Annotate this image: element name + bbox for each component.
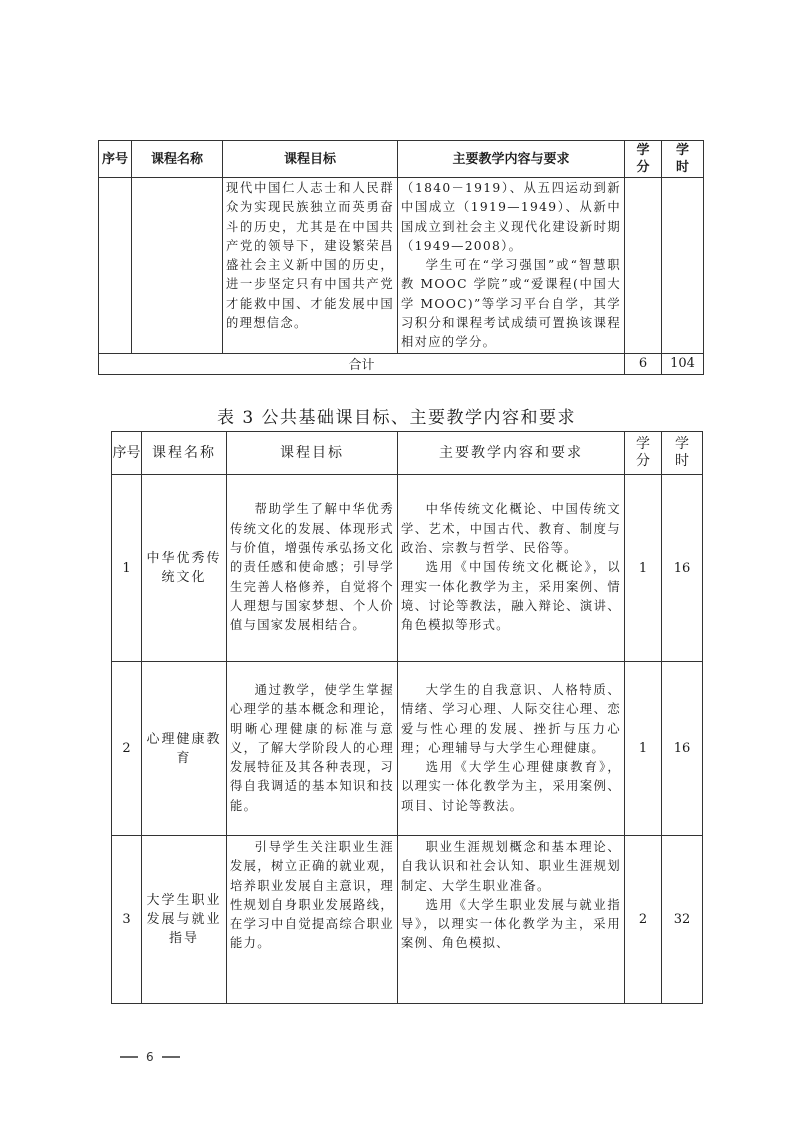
cell-name <box>132 178 223 354</box>
cell-credits: 1 <box>625 662 662 836</box>
table-row: 现代中国仁人志士和人民群众为实现民族独立而英勇奋斗的历史，尤其是在中国共产党的领… <box>99 178 704 354</box>
cell-credits <box>625 178 662 354</box>
header-course-goal: 课程目标 <box>227 432 398 475</box>
header-content: 主要教学内容和要求 <box>398 432 625 475</box>
header-hours: 学时 <box>662 141 704 178</box>
cell-hours: 16 <box>662 662 703 836</box>
header-credits: 学分 <box>625 432 662 475</box>
cell-credits: 1 <box>625 475 662 662</box>
total-hours: 104 <box>662 353 704 374</box>
page-number: 6 <box>146 1050 154 1064</box>
total-label: 合计 <box>99 353 625 374</box>
total-credits: 6 <box>625 353 662 374</box>
cell-goal: 引导学生关注职业生涯发展，树立正确的就业观，培养职业发展自主意识，理性规划自身职… <box>227 836 398 1004</box>
footer-dash-right <box>162 1056 180 1058</box>
header-content: 主要教学内容与要求 <box>398 141 625 178</box>
table-header-row: 序号 课程名称 课程目标 主要教学内容和要求 学分 学时 <box>112 432 703 475</box>
cell-goal: 现代中国仁人志士和人民群众为实现民族独立而英勇奋斗的历史，尤其是在中国共产党的领… <box>223 178 398 354</box>
cell-hours: 16 <box>662 475 703 662</box>
cell-hours: 32 <box>662 836 703 1004</box>
header-hours: 学时 <box>662 432 703 475</box>
cell-content: （1840－1919）、从五四运动到新中国成立（1919—1949）、从新中国成… <box>398 178 625 354</box>
table-previous-continued: 序号 课程名称 课程目标 主要教学内容与要求 学分 学时 现代中国仁人志士和人民… <box>98 140 704 375</box>
header-course-name: 课程名称 <box>132 141 223 178</box>
header-credits: 学分 <box>625 141 662 178</box>
cell-no: 1 <box>112 475 142 662</box>
content-text-2: 学生可在“学习强国”或“智慧职教 MOOC 学院”或“爱课程(中国大学 MOOC… <box>401 256 621 352</box>
footer-dash-left <box>120 1056 138 1058</box>
total-row: 合计 6 104 <box>99 353 704 374</box>
table-row: 3 大学生职业发展与就业指导 引导学生关注职业生涯发展，树立正确的就业观，培养职… <box>112 836 703 1004</box>
content-text-2: 选用《大学生职业发展与就业指导》，以理实一体化教学为主，采用案例、角色模拟、 <box>401 896 621 954</box>
table-header-row: 序号 课程名称 课程目标 主要教学内容与要求 学分 学时 <box>99 141 704 178</box>
goal-text: 帮助学生了解中华优秀传统文化的发展、体现形式与价值，增强传承弘扬文化的责任感和使… <box>230 500 394 635</box>
cell-content: 大学生的自我意识、人格特质、情绪、学习心理、人际交往心理、恋爱与性心理的发展、挫… <box>398 662 625 836</box>
table3: 序号 课程名称 课程目标 主要教学内容和要求 学分 学时 1 中华优秀传统文化 … <box>111 431 703 1004</box>
cell-no: 3 <box>112 836 142 1004</box>
cell-goal: 通过教学，使学生掌握心理学的基本概念和理论，明晰心理健康的标准与意义，了解大学阶… <box>227 662 398 836</box>
cell-content: 职业生涯规划概念和基本理论、自我认识和社会认知、职业生涯规划制定、大学生职业准备… <box>398 836 625 1004</box>
table-row: 2 心理健康教育 通过教学，使学生掌握心理学的基本概念和理论，明晰心理健康的标准… <box>112 662 703 836</box>
header-course-goal: 课程目标 <box>223 141 398 178</box>
content-text-1: （1840－1919）、从五四运动到新中国成立（1919—1949）、从新中国成… <box>401 179 621 256</box>
table-row: 1 中华优秀传统文化 帮助学生了解中华优秀传统文化的发展、体现形式与价值，增强传… <box>112 475 703 662</box>
cell-goal: 帮助学生了解中华优秀传统文化的发展、体现形式与价值，增强传承弘扬文化的责任感和使… <box>227 475 398 662</box>
cell-hours <box>662 178 704 354</box>
content-text-1: 中华传统文化概论、中国传统文学、艺术，中国古代、教育、制度与政治、宗教与哲学、民… <box>401 500 621 558</box>
cell-credits: 2 <box>625 836 662 1004</box>
cell-name: 中华优秀传统文化 <box>142 475 227 662</box>
goal-text: 引导学生关注职业生涯发展，树立正确的就业观，培养职业发展自主意识，理性规划自身职… <box>230 838 394 954</box>
goal-text: 通过教学，使学生掌握心理学的基本概念和理论，明晰心理健康的标准与意义，了解大学阶… <box>230 681 394 816</box>
content-text-2: 选用《大学生心理健康教育》，以理实一体化教学为主，采用案例、项目、讨论等教法。 <box>401 758 621 816</box>
header-course-name: 课程名称 <box>142 432 227 475</box>
header-no: 序号 <box>99 141 132 178</box>
cell-name: 心理健康教育 <box>142 662 227 836</box>
content-text-1: 大学生的自我意识、人格特质、情绪、学习心理、人际交往心理、恋爱与性心理的发展、挫… <box>401 681 621 758</box>
cell-content: 中华传统文化概论、中国传统文学、艺术，中国古代、教育、制度与政治、宗教与哲学、民… <box>398 475 625 662</box>
goal-text: 现代中国仁人志士和人民群众为实现民族独立而英勇奋斗的历史，尤其是在中国共产党的领… <box>226 179 394 333</box>
page-footer: 6 <box>120 1050 180 1064</box>
cell-name: 大学生职业发展与就业指导 <box>142 836 227 1004</box>
table3-caption: 表 3 公共基础课目标、主要教学内容和要求 <box>0 403 793 428</box>
content-text-2: 选用《中国传统文化概论》，以理实一体化教学为主，采用案例、情境、讨论等教法，融入… <box>401 558 621 635</box>
cell-no <box>99 178 132 354</box>
content-text-1: 职业生涯规划概念和基本理论、自我认识和社会认知、职业生涯规划制定、大学生职业准备… <box>401 838 621 896</box>
header-no: 序号 <box>112 432 142 475</box>
cell-no: 2 <box>112 662 142 836</box>
